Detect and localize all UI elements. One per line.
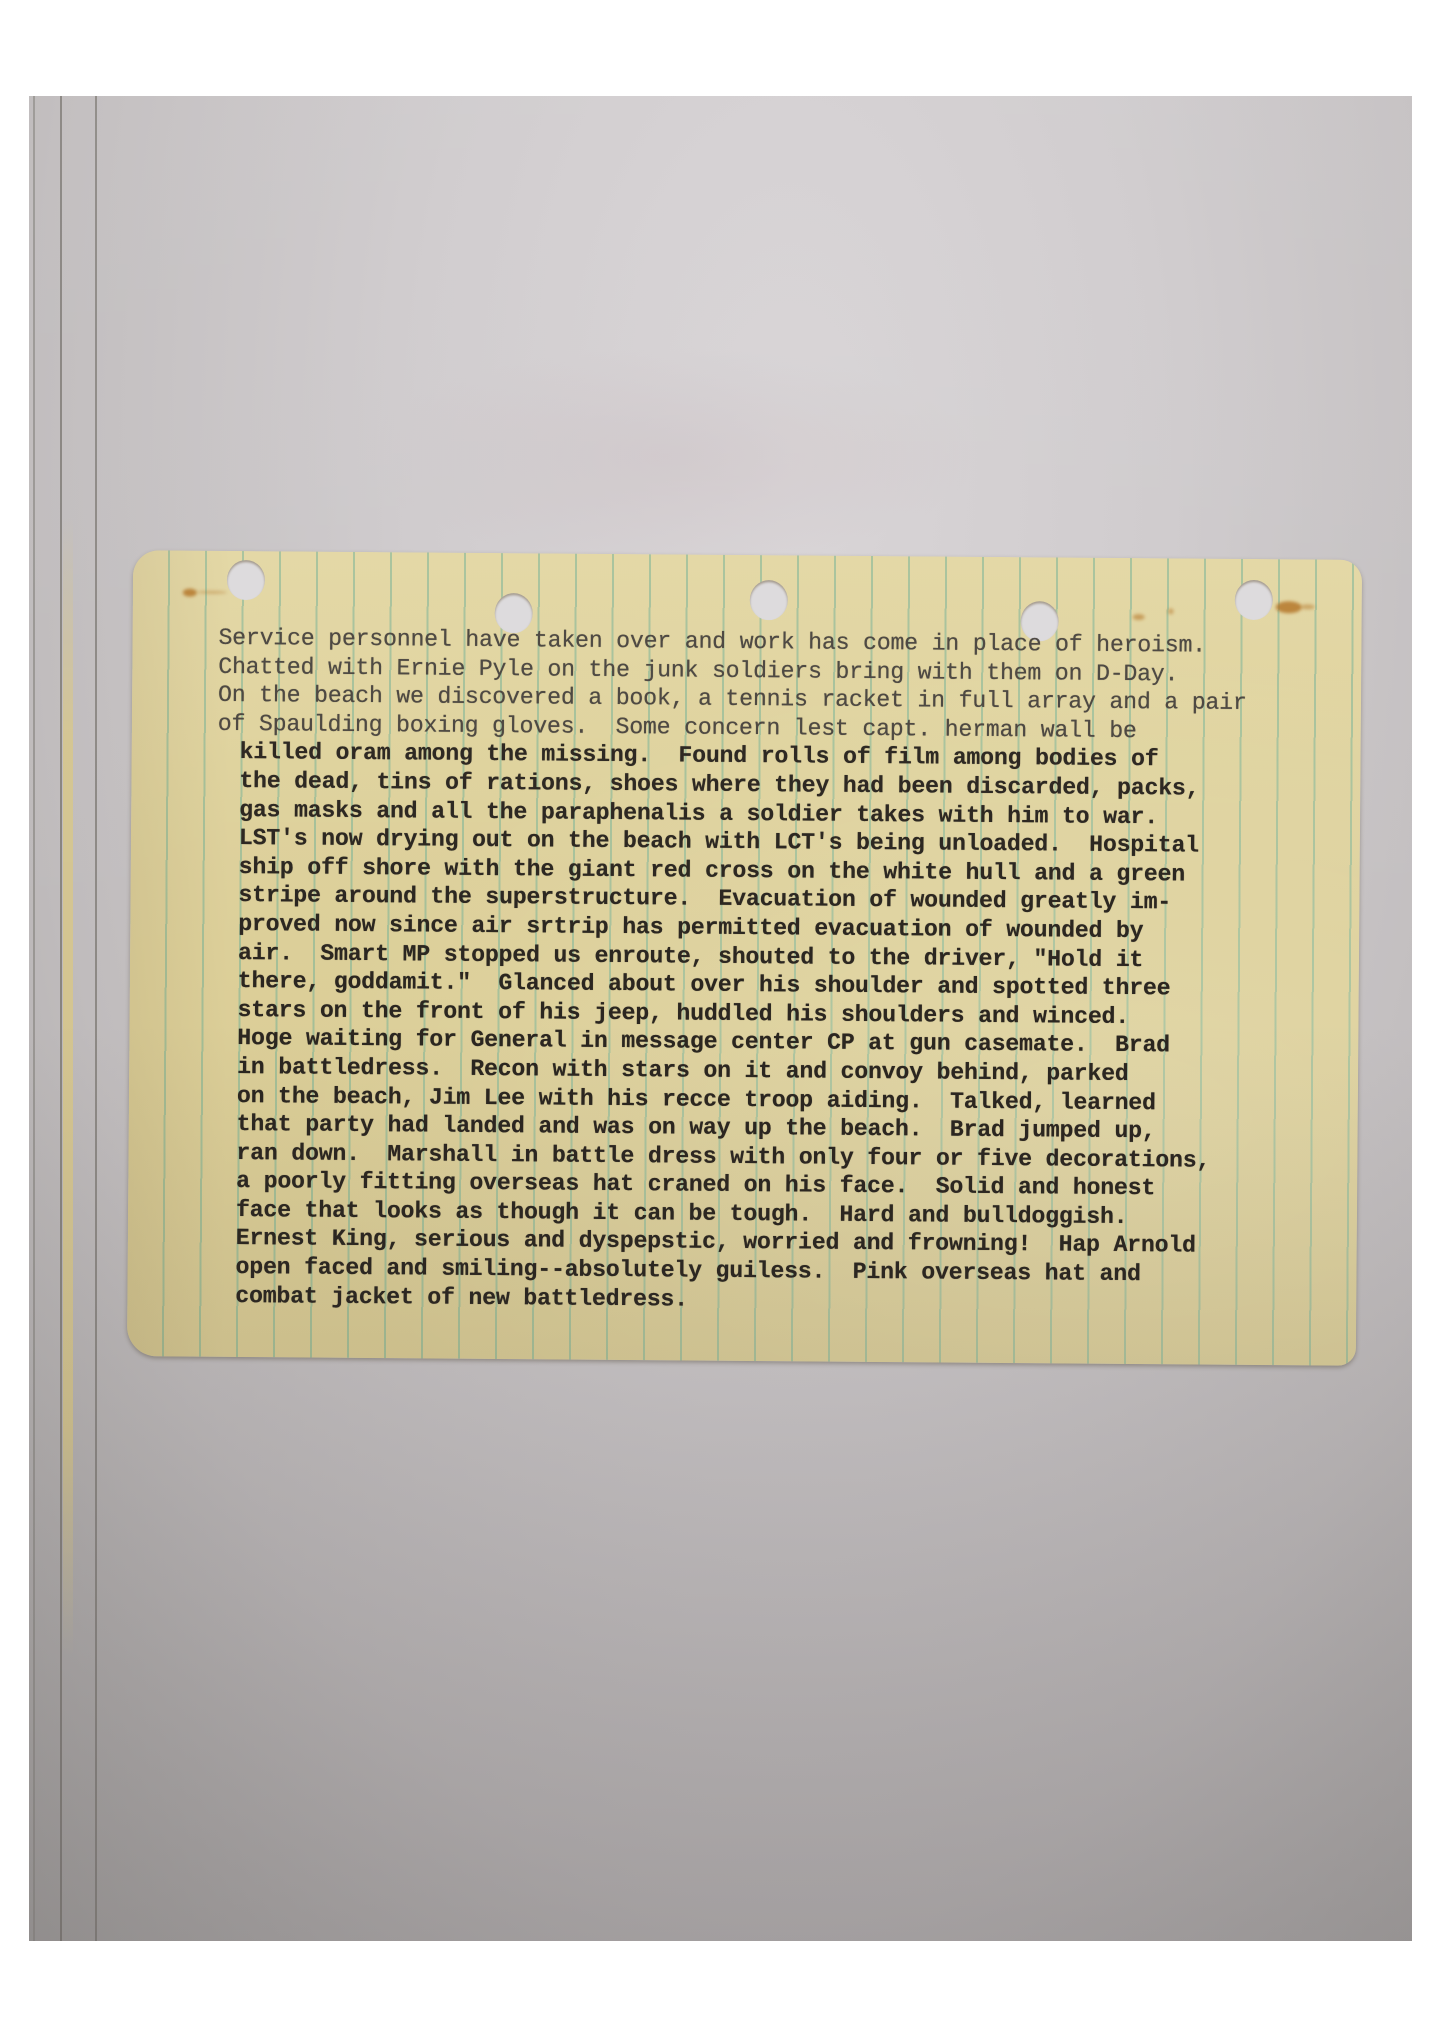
rust-stain	[197, 591, 227, 594]
typewritten-text: Service personnel have taken over and wo…	[213, 624, 1247, 1318]
rust-stain	[1168, 608, 1174, 614]
rust-stain	[1276, 601, 1302, 613]
rust-stain	[1301, 604, 1315, 609]
punch-hole	[750, 580, 788, 620]
card-edge-sliver	[63, 516, 73, 1656]
page-edge	[95, 96, 97, 1941]
index-card: Service personnel have taken over and wo…	[127, 550, 1362, 1366]
punch-hole	[1235, 580, 1273, 620]
page-edge	[60, 96, 62, 1941]
rust-stain	[1133, 614, 1145, 620]
rust-stain	[183, 589, 197, 597]
page-edge	[33, 96, 35, 1941]
punch-hole	[227, 560, 265, 600]
scanned-photo: Service personnel have taken over and wo…	[29, 96, 1412, 1941]
bleed-through-ghost	[359, 346, 979, 566]
